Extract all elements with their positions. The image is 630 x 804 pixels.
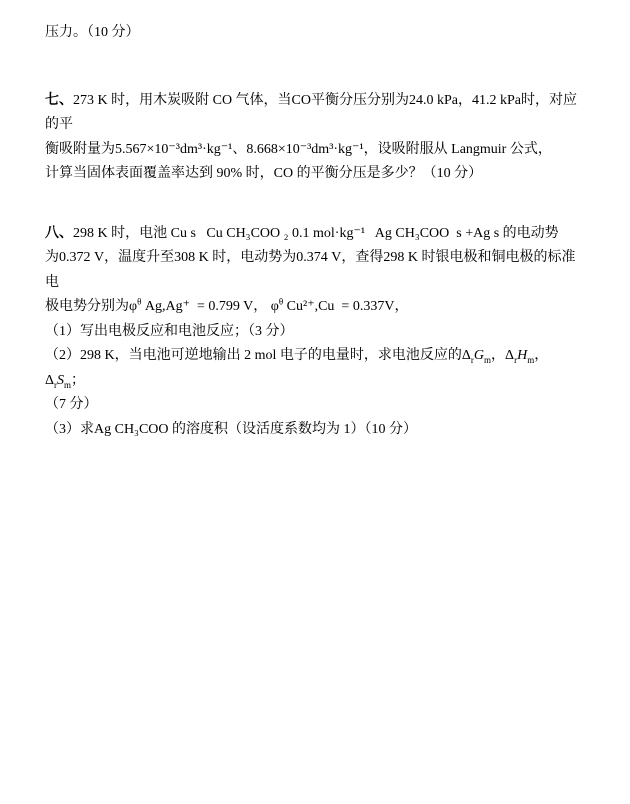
q8-subquestion-2: （2）298 K，当电池可逆地输出 2 mol 电子的电量时，求电池反应的ΔrG…	[45, 344, 588, 393]
q8-subquestion-2-points: （7 分）	[45, 393, 588, 418]
q7-number-label: 七、	[45, 93, 73, 108]
q8-number-label: 八、	[45, 226, 73, 241]
gibbs-energy-symbol: G	[474, 348, 484, 363]
q8-subquestion-1: （1）写出电极反应和电池反应；（3 分）	[45, 320, 588, 345]
q7-line-1-text: 273 K 时，用木炭吸附 CO 气体，当CO平衡分压分别为24.0 kPa，4…	[45, 93, 577, 133]
q8-line-1-text: 298 K 时，电池 Cu s Cu CH₃COO ₂ 0.1 mol·kg⁻¹…	[73, 226, 559, 241]
q8-line-3-text: Ag,Ag⁺ = 0.799 V， φ	[141, 299, 278, 314]
exam-page: { "page": { "background": "#ffffff", "te…	[0, 0, 630, 804]
q8-line-1: 八、298 K 时，电池 Cu s Cu CH₃COO ₂ 0.1 mol·kg…	[45, 222, 588, 247]
q7-line-1: 七、273 K 时，用木炭吸附 CO 气体，当CO平衡分压分别为24.0 kPa…	[45, 89, 588, 138]
document-body: 压力。（10 分） 七、273 K 时，用木炭吸附 CO 气体，当CO平衡分压分…	[0, 0, 630, 442]
q7-line-2: 衡吸附量为5.567×10⁻³dm³·kg⁻¹、8.668×10⁻³dm³·kg…	[45, 138, 588, 163]
question-8: 八、298 K 时，电池 Cu s Cu CH₃COO ₂ 0.1 mol·kg…	[45, 222, 588, 443]
subscript-m: m	[64, 379, 71, 389]
q8-line-2: 为0.372 V，温度升至308 K 时，电动势为0.374 V，查得298 K…	[45, 246, 588, 295]
q8-line-3-text: Cu²⁺,Cu = 0.337V，	[283, 299, 408, 314]
q8-line-3-text: 极电势分别为φ	[45, 299, 137, 314]
q7-line-3: 计算当固体表面覆盖率达到 90% 时，CO 的平衡分压是多少？（10 分）	[45, 162, 588, 187]
q8-line-5-text: ；	[71, 373, 85, 388]
continuation-line: 压力。（10 分）	[45, 21, 588, 46]
q8-line-5-text: ，Δ	[491, 348, 514, 363]
q8-line-5-text: （2）298 K，当电池可逆地输出 2 mol 电子的电量时，求电池反应的Δ	[45, 348, 471, 363]
q8-subquestion-3: （3）求Ag CH₃COO 的溶度积（设活度系数均为 1）（10 分）	[45, 418, 588, 443]
entropy-symbol: S	[57, 373, 64, 388]
enthalpy-symbol: H	[517, 348, 527, 363]
subscript-m: m	[484, 355, 491, 365]
question-7: 七、273 K 时，用木炭吸附 CO 气体，当CO平衡分压分别为24.0 kPa…	[45, 89, 588, 187]
q8-line-3: 极电势分别为φθ Ag,Ag⁺ = 0.799 V， φθ Cu²⁺,Cu = …	[45, 295, 588, 320]
